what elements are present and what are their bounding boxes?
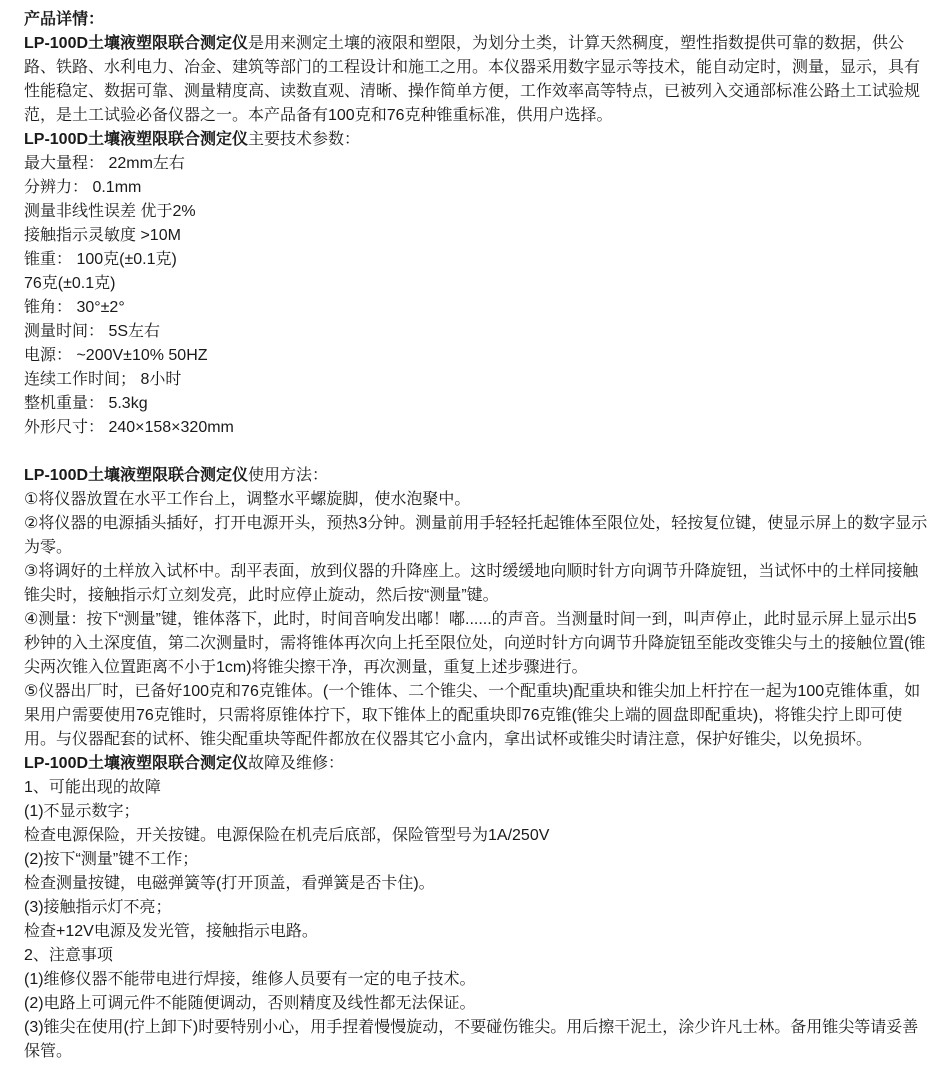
spec-line: 电源： ~200V±10% 50HZ xyxy=(24,344,930,368)
spec-line: 外形尺寸： 240×158×320mm xyxy=(24,416,930,440)
fault-line: 2、注意事项 xyxy=(24,944,930,968)
product-name: LP-100D土壤液塑限联合测定仪 xyxy=(24,467,248,484)
specs-header-text: 主要技术参数： xyxy=(248,131,360,148)
fault-line: 检查测量按键，电磁弹簧等(打开顶盖，看弹簧是否卡住)。 xyxy=(24,872,930,896)
usage-step: ③将调好的土样放入试杯中。刮平表面，放到仪器的升降座上。这时缓缓地向顺时针方向调… xyxy=(24,560,930,608)
product-intro-paragraph: LP-100D土壤液塑限联合测定仪是用来测定土壤的液限和塑限，为划分土类，计算天… xyxy=(24,32,930,128)
spec-line: 锥角： 30°±2° xyxy=(24,296,930,320)
spec-line: 接触指示灵敏度 >10M xyxy=(24,224,930,248)
fault-line: (2)按下“测量”键不工作； xyxy=(24,848,930,872)
section-spacer xyxy=(24,440,930,464)
fault-line: 1、可能出现的故障 xyxy=(24,776,930,800)
usage-step: ④测量：按下“测量”键，锥体落下，此时，时间音响发出嘟！嘟......的声音。当… xyxy=(24,608,930,680)
usage-step: ①将仪器放置在水平工作台上，调整水平螺旋脚，使水泡聚中。 xyxy=(24,488,930,512)
fault-line: (1)不显示数字； xyxy=(24,800,930,824)
spec-line: 锥重： 100克(±0.1克) xyxy=(24,248,930,272)
product-name: LP-100D土壤液塑限联合测定仪 xyxy=(24,755,248,772)
product-detail-document: 产品详情： LP-100D土壤液塑限联合测定仪是用来测定土壤的液限和塑限，为划分… xyxy=(0,0,936,1088)
faults-section-header: LP-100D土壤液塑限联合测定仪故障及维修： xyxy=(24,752,930,776)
spec-line: 76克(±0.1克) xyxy=(24,272,930,296)
usage-header-text: 使用方法： xyxy=(248,467,328,484)
usage-section-header: LP-100D土壤液塑限联合测定仪使用方法： xyxy=(24,464,930,488)
product-name: LP-100D土壤液塑限联合测定仪 xyxy=(24,35,248,52)
fault-line: (2)电路上可调元件不能随便调动，否则精度及线性都无法保证。 xyxy=(24,992,930,1016)
spec-line: 连续工作时间； 8小时 xyxy=(24,368,930,392)
page-title: 产品详情： xyxy=(24,8,930,32)
spec-line: 最大量程： 22mm左右 xyxy=(24,152,930,176)
spec-line: 整机重量： 5.3kg xyxy=(24,392,930,416)
usage-step: ⑤仪器出厂时，已备好100克和76克锥体。(一个锥体、二个锥尖、一个配重块)配重… xyxy=(24,680,930,752)
faults-header-text: 故障及维修： xyxy=(248,755,344,772)
fault-line: (3)锥尖在使用(拧上卸下)时要特别小心，用手捏着慢慢旋动，不要碰伤锥尖。用后擦… xyxy=(24,1016,930,1064)
specs-section-header: LP-100D土壤液塑限联合测定仪主要技术参数： xyxy=(24,128,930,152)
fault-line: 检查电源保险，开关按键。电源保险在机壳后底部，保险管型号为1A/250V xyxy=(24,824,930,848)
usage-step: ②将仪器的电源插头插好，打开电源开头，预热3分钟。测量前用手轻轻托起锥体至限位处… xyxy=(24,512,930,560)
spec-line: 测量非线性误差 优于2% xyxy=(24,200,930,224)
fault-line: (3)接触指示灯不亮； xyxy=(24,896,930,920)
product-name: LP-100D土壤液塑限联合测定仪 xyxy=(24,131,248,148)
fault-line: (1)维修仪器不能带电进行焊接，维修人员要有一定的电子技术。 xyxy=(24,968,930,992)
fault-line: 检查+12V电源及发光管，接触指示电路。 xyxy=(24,920,930,944)
spec-line: 分辨力： 0.1mm xyxy=(24,176,930,200)
spec-line: 测量时间： 5S左右 xyxy=(24,320,930,344)
